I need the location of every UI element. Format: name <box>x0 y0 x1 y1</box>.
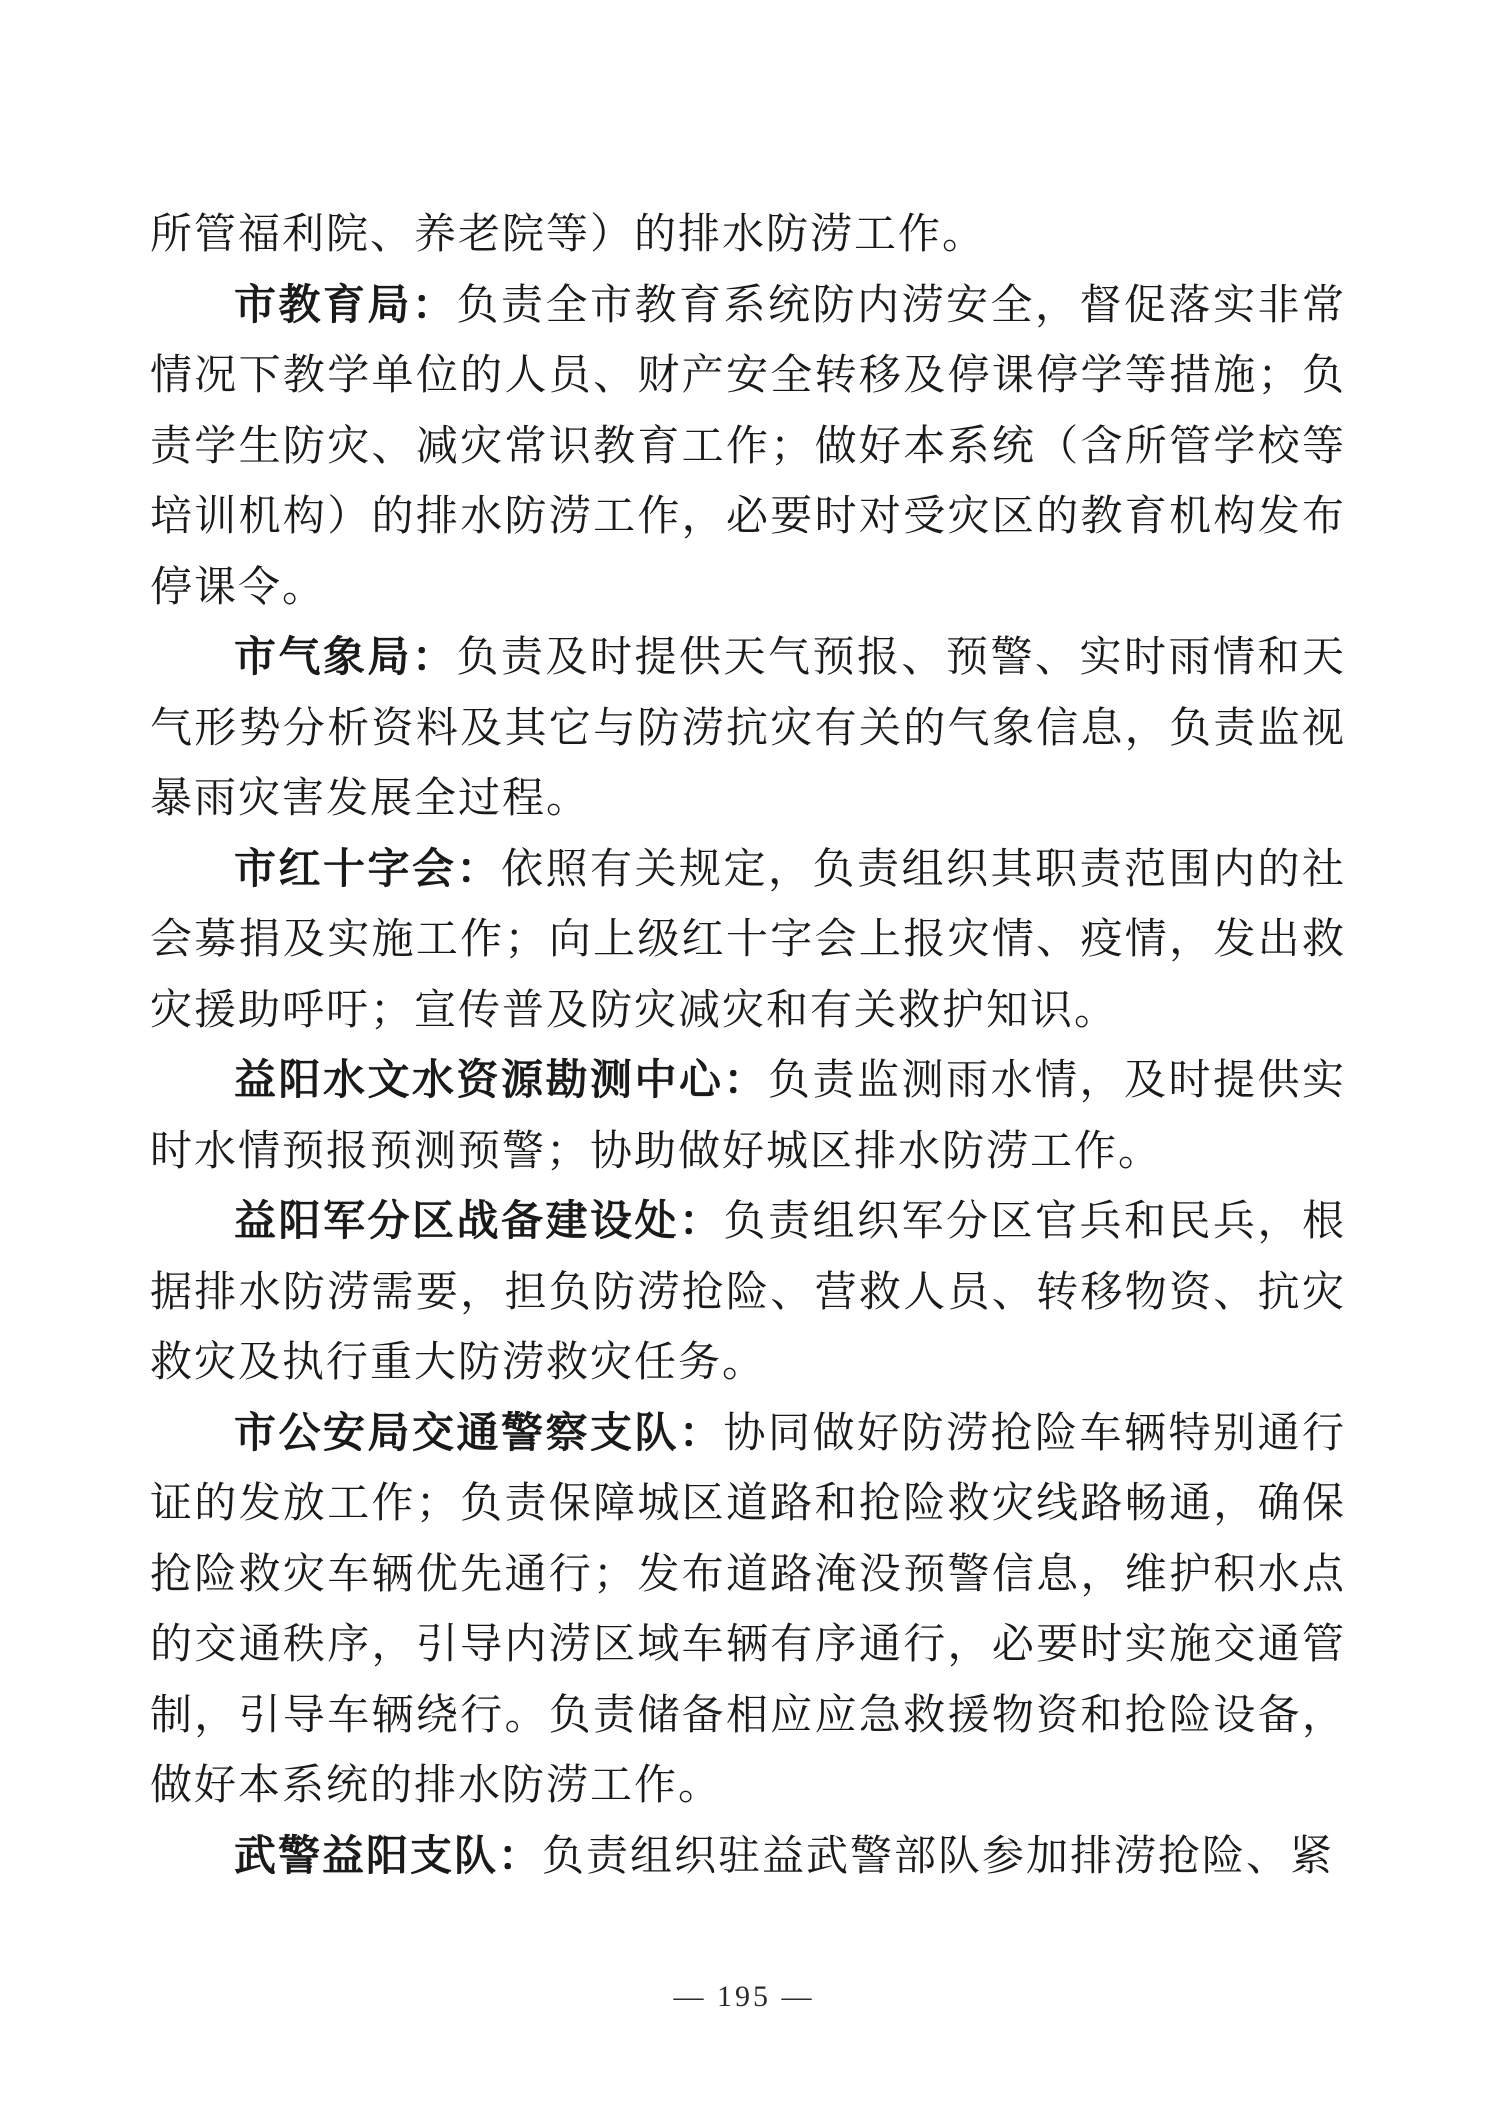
document-body: 所管福利院、养老院等）的排水防涝工作。市教育局：负责全市教育系统防内涝安全，督促… <box>150 200 1346 1892</box>
department-paragraph: 益阳军分区战备建设处：负责组织军分区官兵和民兵，根据排水防涝需要，担负防涝抢险、… <box>150 1187 1346 1399</box>
paragraph-text: 协同做好防涝抢险车辆特别通行证的发放工作；负责保障城区道路和抢险救灾线路畅通，确… <box>150 1411 1346 1810</box>
department-paragraph: 武警益阳支队：负责组织驻益武警部队参加排涝抢险、紧 <box>150 1822 1346 1893</box>
document-page: { "page": { "number_label": "— 195 —" },… <box>0 0 1488 2104</box>
department-name: 市公安局交通警察支队： <box>234 1411 724 1457</box>
department-paragraph: 益阳水文水资源勘测中心：负责监测雨水情，及时提供实时水情预报预测预警；协助做好城… <box>150 1046 1346 1187</box>
department-name: 益阳水文水资源勘测中心： <box>234 1058 768 1104</box>
department-name: 武警益阳支队： <box>234 1834 542 1880</box>
department-name: 市红十字会： <box>234 847 501 893</box>
paragraph-text: 所管福利院、养老院等）的排水防涝工作。 <box>150 212 986 258</box>
department-paragraph: 市教育局：负责全市教育系统防内涝安全，督促落实非常情况下教学单位的人员、财产安全… <box>150 271 1346 624</box>
department-paragraph: 市红十字会：依照有关规定，负责组织其职责范围内的社会募捐及实施工作；向上级红十字… <box>150 835 1346 1047</box>
paragraph-text: 负责组织驻益武警部队参加排涝抢险、紧 <box>542 1834 1334 1880</box>
continuation-paragraph: 所管福利院、养老院等）的排水防涝工作。 <box>150 200 1346 271</box>
department-name: 市气象局： <box>234 635 457 681</box>
paragraph-text: 负责全市教育系统防内涝安全，督促落实非常情况下教学单位的人员、财产安全转移及停课… <box>150 283 1346 611</box>
department-name: 市教育局： <box>234 283 457 329</box>
page-number: — 195 — <box>0 1980 1488 2014</box>
department-paragraph: 市气象局：负责及时提供天气预报、预警、实时雨情和天气形势分析资料及其它与防涝抗灾… <box>150 623 1346 835</box>
department-paragraph: 市公安局交通警察支队：协同做好防涝抢险车辆特别通行证的发放工作；负责保障城区道路… <box>150 1399 1346 1822</box>
department-name: 益阳军分区战备建设处： <box>234 1199 724 1245</box>
